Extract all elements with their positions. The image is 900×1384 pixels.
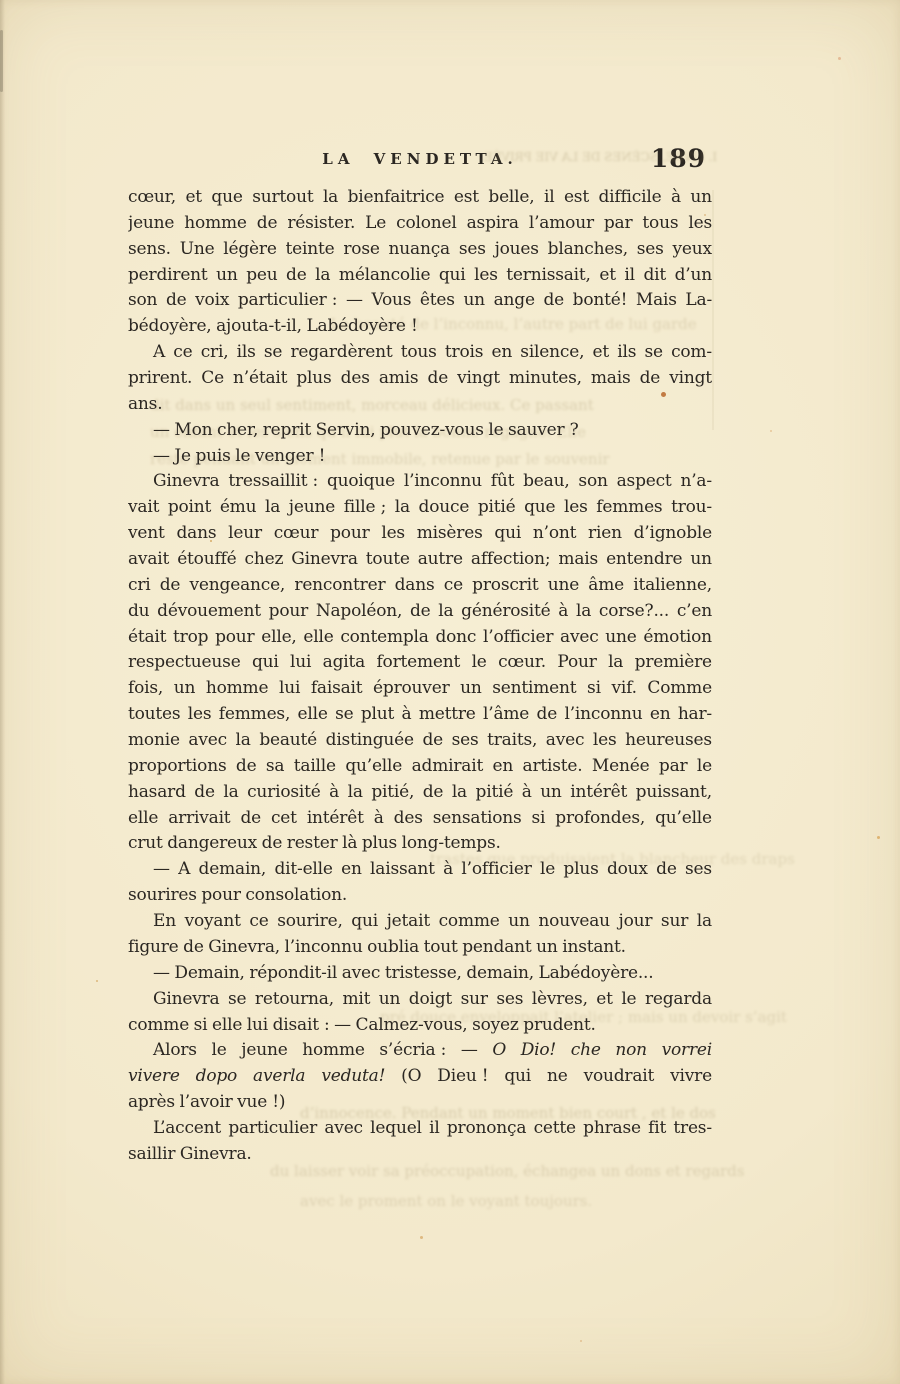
foxing-speck: [210, 540, 212, 542]
foxing-speck: [704, 214, 706, 216]
foxing-speck: [96, 980, 98, 982]
foxing-speck: [420, 1236, 423, 1239]
book-page-scan: I. LIVRE, SCÈNES DE LA VIE PRIVÉE.La bea…: [0, 0, 900, 1384]
foxing-speck: [661, 392, 666, 397]
foxing-speck: [770, 430, 772, 432]
foxing-speck: [877, 836, 880, 839]
foxing-specks-layer: [0, 0, 900, 1384]
foxing-speck: [838, 57, 841, 60]
foxing-speck: [580, 1340, 582, 1342]
